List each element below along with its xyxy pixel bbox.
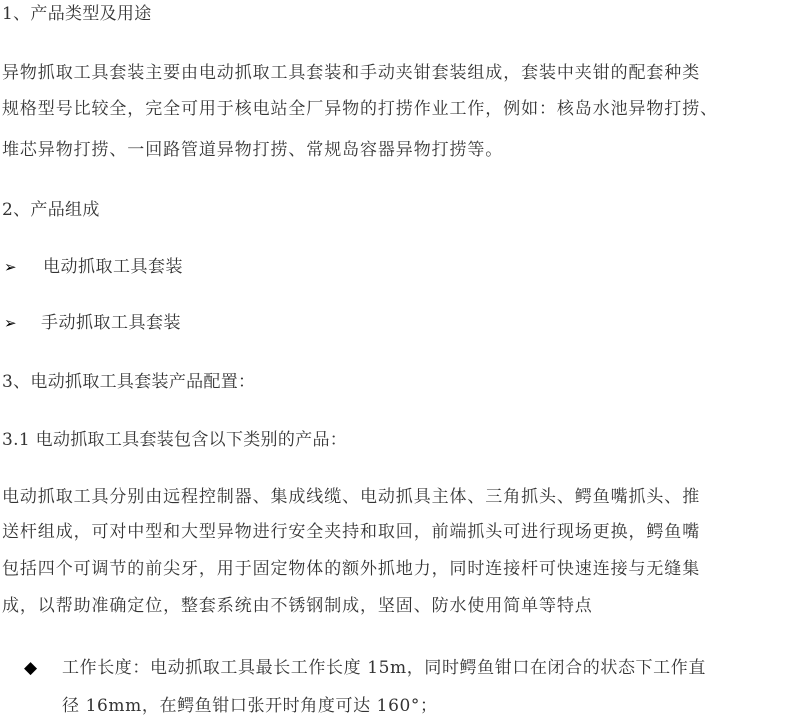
section1-paragraph-line-2: 规格型号比较全，完全可用于核电站全厂异物的打捞作业工作，例如：核岛水池异物打捞、 [2, 97, 718, 121]
section2-heading: 2、产品组成 [2, 198, 100, 222]
feature-line-2: 径 16mm，在鳄鱼钳口张开时角度可达 160°； [62, 694, 438, 718]
section1-paragraph-line-1: 异物抓取工具套装主要由电动抓取工具套装和手动夹钳套装组成，套装中夹钳的配套种类 [2, 61, 700, 85]
list-item-label: 手动抓取工具套装 [41, 311, 181, 335]
arrow-bullet-icon: ➢ [4, 311, 17, 335]
arrow-bullet-icon: ➢ [4, 255, 17, 279]
section1-heading: 1、产品类型及用途 [2, 2, 152, 26]
section3-subheading: 3.1 电动抓取工具套装包含以下类别的产品： [2, 428, 347, 452]
list-item-label: 电动抓取工具套装 [43, 255, 183, 279]
section3-paragraph-line-4: 成，以帮助准确定位，整套系统由不锈钢制成，坚固、防水使用简单等特点 [2, 594, 593, 618]
feature-line-1: 工作长度：电动抓取工具最长工作长度 15m，同时鳄鱼钳口在闭合的状态下工作直 [62, 656, 706, 680]
section3-heading: 3、电动抓取工具套装产品配置： [2, 370, 255, 394]
section1-paragraph-line-3: 堆芯异物打捞、一回路管道异物打捞、常规岛容器异物打捞等。 [2, 138, 503, 162]
diamond-bullet-icon: ◆ [24, 656, 37, 680]
section3-paragraph-line-3: 包括四个可调节的前尖牙，用于固定物体的额外抓地力，同时连接杆可快速连接与无缝集 [2, 557, 700, 581]
section3-paragraph-line-2: 送杆组成，可对中型和大型异物进行安全夹持和取回，前端抓头可进行现场更换，鳄鱼嘴 [2, 520, 700, 544]
section3-paragraph-line-1: 电动抓取工具分别由远程控制器、集成线缆、电动抓具主体、三角抓头、鳄鱼嘴抓头、推 [2, 485, 700, 509]
